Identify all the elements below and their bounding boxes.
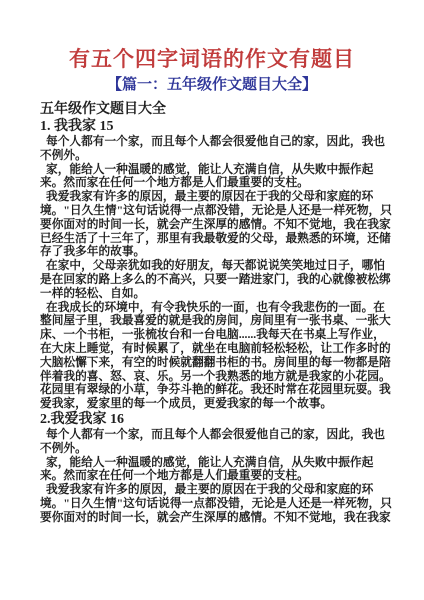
essay-paragraph: 在我成长的环境中，有令我快乐的一面，也有令我悲伤的一面。在整间屋子里，我最喜爱的…	[40, 301, 396, 411]
essay-paragraph: 家，能给人一种温暖的感觉，能让人充满自信，从失败中振作起来。然而家在任何一个地方…	[40, 456, 396, 484]
essay-paragraph: 家，能给人一种温暖的感觉，能让人充满自信，从失败中振作起来。然而家在任何一个地方…	[40, 163, 396, 191]
essay-heading: 1. 我我家 15	[40, 119, 396, 135]
essay-paragraph: 每个人都有一个家，而且每个人都会很爱他自己的家，因此，我也不例外。	[40, 135, 396, 163]
essay-paragraph: 每个人都有一个家，而且每个人都会很爱他自己的家，因此，我也不例外。	[40, 428, 396, 456]
essay-heading: 2.我爱我家 16	[40, 412, 396, 428]
page-title: 有五个四字词语的作文有题目	[0, 46, 424, 72]
page-subtitle: 【篇一：五年级作文题目大全】	[0, 75, 424, 95]
essay-paragraph: 在家中，父母亲犹如我的好朋友，每天都说说笑笑地过日子，哪怕是在回家的路上多么的不…	[40, 259, 396, 300]
section-heading: 五年级作文题目大全	[40, 102, 396, 118]
essay-paragraph: 我爱我家有许多的原因，最主要的原因在于我的父母和家庭的环境。"日久生情"这句话说…	[40, 190, 396, 259]
document-body: 五年级作文题目大全1. 我我家 15每个人都有一个家，而且每个人都会很爱他自己的…	[40, 102, 396, 525]
document-page: 有五个四字词语的作文有题目 【篇一：五年级作文题目大全】 五年级作文题目大全1.…	[0, 0, 424, 600]
essay-paragraph: 我爱我家有许多的原因，最主要的原因在于我的父母和家庭的环境。"日久生情"这句话说…	[40, 483, 396, 524]
